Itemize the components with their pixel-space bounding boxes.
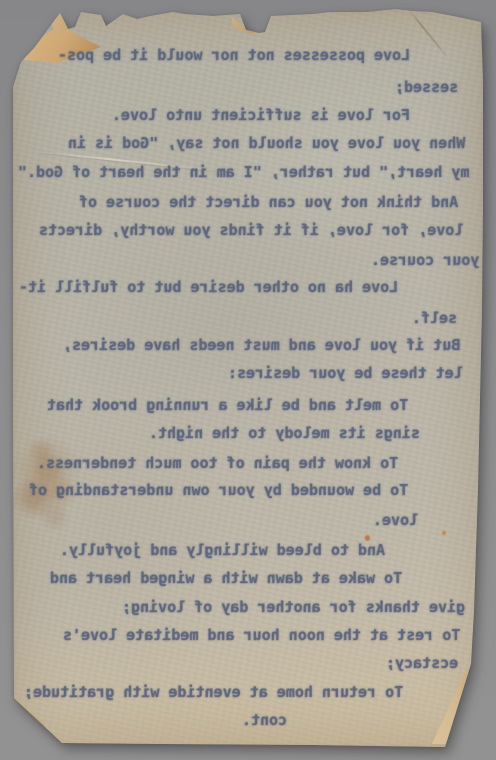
- text-line: But if you love and must needs have desi…: [63, 337, 460, 353]
- paper-sheet-wrap: Love possesses not nor would it be pos-s…: [0, 0, 496, 760]
- text-line: And to bleed willingly and joyfully.: [60, 542, 385, 558]
- text-line: When you love you should not say, "God i…: [68, 135, 465, 151]
- text-line: Love ha no other desire but to fulfill i…: [19, 279, 398, 295]
- text-line: sessed;: [395, 79, 458, 95]
- paper-sheet: Love possesses not nor would it be pos-s…: [13, 9, 483, 748]
- text-line: To melt and be like a running brook that: [47, 397, 408, 413]
- text-line: For love is sufficient unto love.: [112, 107, 410, 123]
- text-line: your course.: [371, 252, 479, 268]
- text-line: give thanks for another day of loving;: [122, 599, 465, 615]
- text-line: love.: [373, 512, 418, 528]
- text-line: To return home at eventide with gratitud…: [24, 684, 403, 700]
- text-line: To wake at dawn with a winged heart and: [50, 570, 402, 586]
- text-line: let these be your desires:: [228, 365, 463, 381]
- text-line: love, for love, if it finds you worthy, …: [39, 222, 463, 238]
- text-line: To know the pain of too much tenderness.: [37, 455, 398, 471]
- typewritten-text-layer: Love possesses not nor would it be pos-s…: [13, 9, 483, 748]
- text-line: To rest at the noon hour and meditate lo…: [63, 627, 460, 643]
- text-line: sings its melody to the night.: [149, 425, 420, 441]
- text-line: ecstacy;: [386, 655, 458, 671]
- scan-backdrop: Love possesses not nor would it be pos-s…: [0, 0, 496, 760]
- text-line: self.: [412, 310, 457, 326]
- text-line: Love possesses not nor would it be pos-: [58, 47, 410, 63]
- text-line: To be wounded by your own understanding …: [29, 482, 408, 498]
- text-line: And think not you can direct the course …: [79, 194, 458, 210]
- text-line: my heart," but rather, "I am in the hear…: [18, 164, 470, 180]
- text-line: cont.: [242, 712, 287, 728]
